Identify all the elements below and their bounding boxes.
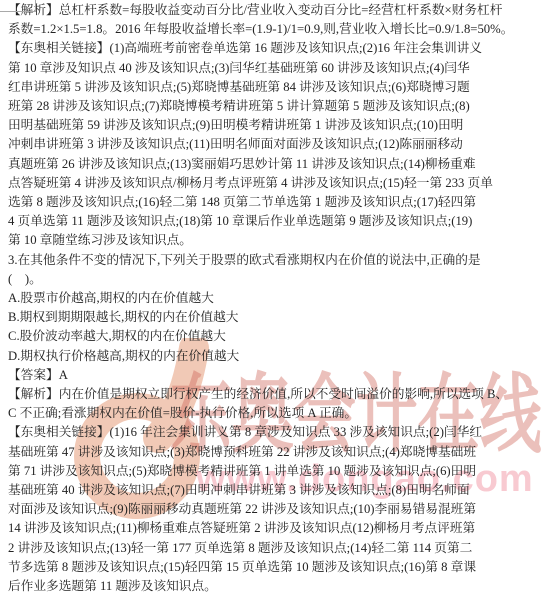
- question-3-option-c: C.股价波动率越大,期权的内在价值越大: [8, 327, 548, 346]
- question-3-option-d: D.期权执行价格越高,期权的内在价值越大: [8, 347, 548, 366]
- question-3-stem: 3.在其他条件不变的情况下,下列关于股票的欧式看涨期权内在价值的说法中,正确的是…: [8, 251, 548, 289]
- document-content: 【解析】总杠杆系数=每股收益变动百分比/营业收入变动百分比=经营杠杆系数×财务杠…: [8, 1, 548, 596]
- paragraph-related-links-1: 【东奥相关链接】(1)高端班考前密卷单选第 16 题涉及该知识点;(2)16 年…: [8, 39, 548, 250]
- question-3-option-a: A.股票市价越高,期权的内在价值越大: [8, 289, 548, 308]
- table-corner-artifact: [0, 0, 36, 12]
- document-page: 东奥会计在线 www.dongao.com 【解析】总杠杆系数=每股收益变动百分…: [0, 0, 555, 600]
- paragraph-related-links-2: 【东奥相关链接】(1)16 年注会集训讲义第 8 章涉及知识点 33 涉及该知识…: [8, 423, 548, 596]
- paragraph-analysis-1: 【解析】总杠杆系数=每股收益变动百分比/营业收入变动百分比=经营杠杆系数×财务杠…: [8, 1, 548, 39]
- question-3-answer: 【答案】A: [8, 366, 548, 385]
- question-3-option-b: B.期权到期期限越长,期权的内在价值越大: [8, 308, 548, 327]
- paragraph-analysis-2: 【解析】内在价值是期权立即行权产生的经济价值,所以不受时间溢价的影响,所以选项 …: [8, 385, 548, 423]
